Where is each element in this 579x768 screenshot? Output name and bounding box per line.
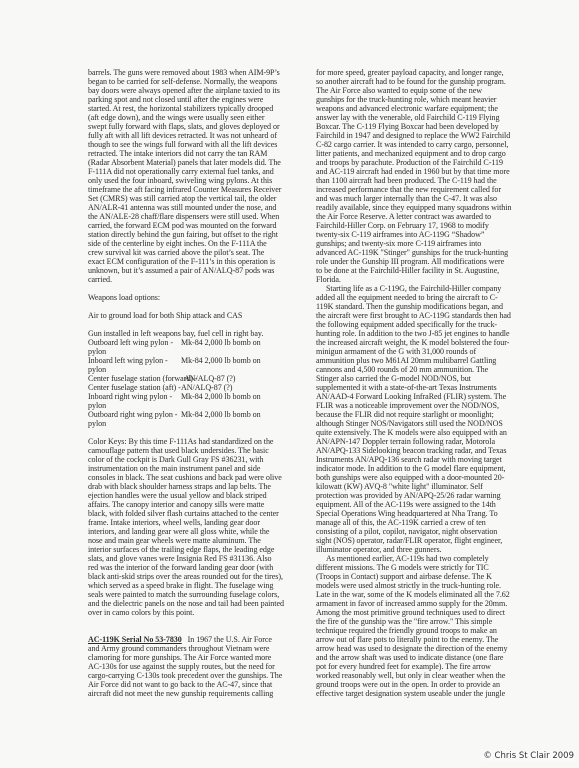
text-line: only used the four inboard, swiveling wi… — [88, 176, 296, 185]
text-line: arrow head was used to designate the dir… — [316, 644, 524, 653]
right-paragraph-2: Starting life as a C-119G, the Fairchild… — [316, 284, 524, 554]
text-line: minigun armament of the G with 31,000 ro… — [316, 347, 524, 356]
text-line: AC-130s for use against the supply route… — [88, 662, 296, 671]
station-load: AN/ALQ-87 (?) — [181, 383, 232, 392]
text-line: interiors, and landing gear were all glo… — [88, 527, 296, 536]
text-line: carried. — [88, 275, 296, 284]
text-line: Fairchild in 1947 and designed to replac… — [316, 131, 524, 140]
text-line: the Air Force Reserve. A letter contract… — [316, 212, 524, 221]
text-line: Starting life as a C-119G, the Fairchild… — [316, 284, 524, 293]
text-line: consoles in black. The seat cushions and… — [88, 473, 296, 482]
text-line: advanced AC-119K "Stinger" gunships for … — [316, 248, 524, 257]
text-line: Florida. — [316, 275, 524, 284]
text-line: and AC-119 aircraft had ended in 1960 bu… — [316, 167, 524, 176]
text-line: gunships for the truck-hunting role, whi… — [316, 95, 524, 104]
text-line: and the dielectric panels on the nose an… — [88, 599, 296, 608]
scanned-document-page: barrels. The guns were removed about 198… — [0, 0, 579, 768]
color-keys-paragraph: Color Keys: By this time F-111As had sta… — [88, 437, 296, 617]
weapon-station-row: Inboard right wing pylon -Mk-84 2,000 lb… — [88, 392, 296, 401]
text-line: exact ECM configuration of the F-111’s i… — [88, 257, 296, 266]
text-line: C-82 cargo carrier. It was intended to c… — [316, 140, 524, 149]
text-line: carried, the forward ECM pod was mounted… — [88, 221, 296, 230]
text-line: ejection handles were the usual yellow a… — [88, 491, 296, 500]
text-line: increased performance that the new requi… — [316, 185, 524, 194]
text-line: station directly behind the gun fairing,… — [88, 230, 296, 239]
text-line: cannons and 4,500 rounds of 20 mm ammuni… — [316, 365, 524, 374]
text-line: armament in favor of increased ammo supp… — [316, 599, 524, 608]
station-load: AN/ALQ-87 (?) — [184, 374, 235, 383]
text-line: quite extensively. The K models were als… — [316, 428, 524, 437]
station-load: Mk-84 2,000 lb bomb on — [181, 410, 261, 419]
text-line: timeframe the aft facing infrared Counte… — [88, 185, 296, 194]
text-line: worked reasonably well, but only in clea… — [316, 671, 524, 680]
text-line: role under the Gunship III program. All … — [316, 257, 524, 266]
text-line: and troops by parachute. Production of t… — [316, 158, 524, 167]
text-line: although Stinger NOS/Navigators still us… — [316, 419, 524, 428]
intro-paragraph: barrels. The guns were removed about 198… — [88, 68, 296, 284]
text-line: color of the cockpit is Dark Gull Gray F… — [88, 455, 296, 464]
text-line: consisting of a pilot, copilot, navigato… — [316, 527, 524, 536]
text-line: than 1100 aircraft had been produced. Th… — [316, 176, 524, 185]
text-line: and was much larger internally than the … — [316, 194, 524, 203]
text-line: ground troops were out in the open. In o… — [316, 680, 524, 689]
text-line: black, with folded silver flash curtains… — [88, 509, 296, 518]
text-line: and Army ground commanders throughout Vi… — [88, 644, 296, 653]
text-line: added all the equipment needed to bring … — [316, 293, 524, 302]
gun-line: Gun installed in left weapons bay, fuel … — [88, 329, 296, 338]
station-name: Center fuselage station (aft) - — [88, 383, 181, 392]
text-line: equipment. All of the AC-119s were assig… — [316, 500, 524, 509]
text-line: ammunition plus two M61AI 20mm multibarr… — [316, 356, 524, 365]
text-line: models were used almost strictly in the … — [316, 581, 524, 590]
text-line: AN/APQ-133 Sidelooking beacon tracking r… — [316, 446, 524, 455]
weapon-station-row: Center fuselage station (aft) -AN/ALQ-87… — [88, 383, 296, 392]
text-line: drab with black shoulder harness straps … — [88, 482, 296, 491]
text-line: so another aircraft had to be found for … — [316, 77, 524, 86]
station-name: Outboard right wing pylon - — [88, 410, 181, 419]
text-line: gunships; and twenty-six more C-119 airf… — [316, 239, 524, 248]
text-line: Among the most primitive ground techniqu… — [316, 608, 524, 617]
text-line: Fairchild-Hiller Corp. on February 17, 1… — [316, 221, 524, 230]
station-name-wrap: pylon — [88, 365, 296, 374]
text-line: black anti-skid strips over the areas ro… — [88, 572, 296, 581]
text-line: AN/AAD-4 Forward Looking InfraRed (FLIR)… — [316, 392, 524, 401]
text-line: bay doors were always opened after the a… — [88, 86, 296, 95]
text-line: cargo-carrying C-130s took precedent ove… — [88, 671, 296, 680]
ac119-first-line: AC-119K Serial No 53-7830 In 1967 the U.… — [88, 635, 296, 644]
text-line: Special Operations Wing headquartered at… — [316, 509, 524, 518]
text-line: fully aft with all lift devices retracte… — [88, 131, 296, 140]
text-line: the following equipment added specifical… — [316, 320, 524, 329]
ac119-section-heading: AC-119K Serial No 53-7830 — [88, 635, 182, 644]
text-line: different missions. The G models were st… — [316, 563, 524, 572]
text-line: (aft edge down), and the wings were usua… — [88, 113, 296, 122]
text-line: As mentioned earlier, AC-119s had two co… — [316, 554, 524, 563]
copyright-watermark: © Chris St Clair 2009 — [481, 751, 576, 761]
text-line: Late in the war, some of the K models el… — [316, 590, 524, 599]
station-load: Mk-84 2,000 lb bomb on — [181, 338, 261, 347]
text-line: frame. Intake interiors, wheel wells, la… — [88, 518, 296, 527]
text-line: which served as a speed brake in flight.… — [88, 581, 296, 590]
text-line: nose and main gear wheels were matte alu… — [88, 536, 296, 545]
text-line: the fire of the gunship was the "fire ar… — [316, 617, 524, 626]
text-line: barrels. The guns were removed about 198… — [88, 68, 296, 77]
text-line: because the FLIR did not require starlig… — [316, 410, 524, 419]
weapon-station-row: Center fuselage station (forward) -AN/AL… — [88, 374, 296, 383]
text-line: hunting role. In addition to the two J-8… — [316, 329, 524, 338]
text-line: litter patients, and mechanized equipmen… — [316, 149, 524, 158]
text-line: effective target designation system usea… — [316, 689, 524, 698]
left-column: barrels. The guns were removed about 198… — [88, 68, 296, 698]
text-line: red was the interior of the forward land… — [88, 563, 296, 572]
ac119-paragraph: and Army ground commanders throughout Vi… — [88, 644, 296, 698]
text-line: swept fully forward with flaps, slats, a… — [88, 122, 296, 131]
text-line: FLIR was a noticeable improvement over t… — [316, 401, 524, 410]
text-line: answer lay with the venerable, old Fairc… — [316, 113, 524, 122]
text-line: Boxcar. The C-119 Flying Boxcar had been… — [316, 122, 524, 131]
text-line: protection was provided by AN/APQ-25/26 … — [316, 491, 524, 500]
text-line: began to be carried for self-defense. No… — [88, 77, 296, 86]
text-line: affairs. The canopy interior and canopy … — [88, 500, 296, 509]
weapons-heading: Weapons load options: — [88, 293, 296, 302]
text-line: twenty-six C-119 airframes into AC-119G … — [316, 230, 524, 239]
text-line: the increased aircraft weight, the K mod… — [316, 338, 524, 347]
text-line: supplemented it with a state-of-the-art … — [316, 383, 524, 392]
text-line: illuminator operator, and three gunners. — [316, 545, 524, 554]
text-line: Set (CMRS) was still carried atop the ve… — [88, 194, 296, 203]
text-line: Color Keys: By this time F-111As had sta… — [88, 437, 296, 446]
text-line: crew survival kit was carried above the … — [88, 248, 296, 257]
text-line: sight (NOS) operator, radar/FLIR operato… — [316, 536, 524, 545]
text-line: started. At rest, the horizontal stabili… — [88, 104, 296, 113]
text-line: instrumentation on the main instrument p… — [88, 464, 296, 473]
text-line: readily available, since they equipped m… — [316, 203, 524, 212]
text-line: indicator mode. In addition to the G mod… — [316, 464, 524, 473]
text-line: to be done at the Fairchild-Hiller facil… — [316, 266, 524, 275]
text-line: for more speed, greater payload capacity… — [316, 68, 524, 77]
text-line: unknown, but it’s assumed a pair of AN/A… — [88, 266, 296, 275]
load-heading: Air to ground load for both Ship attack … — [88, 311, 296, 320]
weapon-station-row: Outboard right wing pylon -Mk-84 2,000 l… — [88, 410, 296, 419]
text-line: though to see the wings full forward wit… — [88, 140, 296, 149]
text-line: aircraft did not meet the new gunship re… — [88, 689, 296, 698]
text-line: manage all of this, the AC-119K carried … — [316, 518, 524, 527]
text-line: side of the centerline by eight inches. … — [88, 239, 296, 248]
text-line: AN/ALR-41 antenna was still mounted unde… — [88, 203, 296, 212]
text-line: Air Force did not want to go back to the… — [88, 680, 296, 689]
text-line: clamoring for more gunships. The Air For… — [88, 653, 296, 662]
text-line: pot for every hundred feet for example).… — [316, 662, 524, 671]
text-line: the aircraft were first brought to AC-11… — [316, 311, 524, 320]
text-line: the AN/ALE-28 chaff/flare dispensers wer… — [88, 212, 296, 221]
text-line: The Air Force also wanted to equip some … — [316, 86, 524, 95]
station-name-wrap: pylon — [88, 347, 296, 356]
station-load: Mk-84 2,000 lb bomb on — [181, 356, 261, 365]
text-line: camouflage pattern that used black under… — [88, 446, 296, 455]
text-line: slats, and glove vanes were Insignia Red… — [88, 554, 296, 563]
text-line: over in camo colors by this point. — [88, 608, 296, 617]
weapon-station-row: Inboard left wing pylon -Mk-84 2,000 lb … — [88, 356, 296, 365]
text-line: kilowatt (KW) AVQ-8 "white light" illumi… — [316, 482, 524, 491]
text-line: Stinger also carried the G-model NOD/NOS… — [316, 374, 524, 383]
station-name: Inboard left wing pylon - — [88, 356, 181, 365]
station-name-wrap: pylon — [88, 401, 296, 410]
text-line: parking spot and not closed until after … — [88, 95, 296, 104]
text-line: Instruments AN/APQ-136 search radar with… — [316, 455, 524, 464]
station-load: Mk-84 2,000 lb bomb on — [181, 392, 261, 401]
text-line: both gunships were also equipped with a … — [316, 473, 524, 482]
text-line: 119K standard. Then the gunship modifica… — [316, 302, 524, 311]
text-line: (Radar Absorbent Material) panels that l… — [88, 158, 296, 167]
right-paragraph-3: As mentioned earlier, AC-119s had two co… — [316, 554, 524, 698]
station-name-wrap: pylon — [88, 419, 296, 428]
station-name: Outboard left wing pylon - — [88, 338, 181, 347]
weapon-stations-list: Outboard left wing pylon -Mk-84 2,000 lb… — [88, 338, 296, 428]
ac119-first-line-text: In 1967 the U.S. Air Force — [182, 635, 272, 644]
station-name: Center fuselage station (forward) - — [88, 374, 181, 383]
text-line: and the arrow shaft was used to indicate… — [316, 653, 524, 662]
text-line: AN/APN-147 Doppler terrain following rad… — [316, 437, 524, 446]
text-line: F-111A did not operationally carry exter… — [88, 167, 296, 176]
text-line: technique required the friendly ground t… — [316, 626, 524, 635]
station-name: Inboard right wing pylon - — [88, 392, 181, 401]
text-line: (Troops in Contact) support and airbase … — [316, 572, 524, 581]
right-paragraph-1: for more speed, greater payload capacity… — [316, 68, 524, 284]
text-line: seals were painted to match the surround… — [88, 590, 296, 599]
text-line: weapons and advanced electronic warfare … — [316, 104, 524, 113]
right-column: for more speed, greater payload capacity… — [316, 68, 524, 698]
text-line: interior surfaces of the trailing edge f… — [88, 545, 296, 554]
weapon-station-row: Outboard left wing pylon -Mk-84 2,000 lb… — [88, 338, 296, 347]
text-line: retracted. The intake interiors did not … — [88, 149, 296, 158]
text-line: arrow out of flare pots to literally poi… — [316, 635, 524, 644]
